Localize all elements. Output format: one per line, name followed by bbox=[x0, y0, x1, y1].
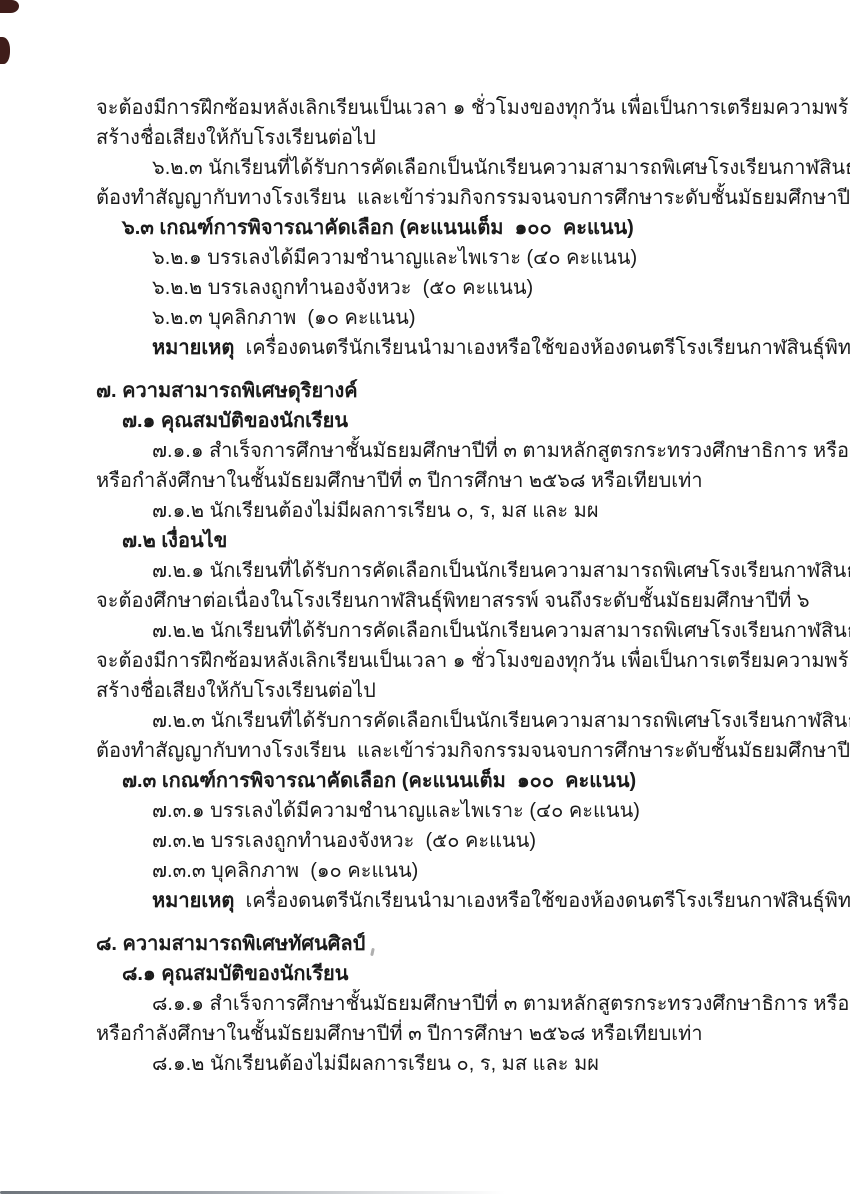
list-item: ๖.๒.๓ นักเรียนที่ได้รับการคัดเลือกเป็นนั… bbox=[96, 153, 810, 183]
list-item: ๖.๒.๒ บรรเลงถูกทำนองจังหวะ (๕๐ คะแนน) bbox=[96, 273, 810, 303]
scan-artifact-corner-streak bbox=[0, 37, 10, 64]
doc-line-continuation: ต้องทำสัญญากับทางโรงเรียน และเข้าร่วมกิจ… bbox=[96, 183, 810, 213]
document-text: จะต้องมีการฝึกซ้อมหลังเลิกเรียนเป็นเวลา … bbox=[96, 93, 810, 1079]
document-page: จะต้องมีการฝึกซ้อมหลังเลิกเรียนเป็นเวลา … bbox=[0, 0, 850, 1202]
note-label: หมายเหตุ bbox=[152, 337, 234, 359]
doc-line-continuation: จะต้องมีการฝึกซ้อมหลังเลิกเรียนเป็นเวลา … bbox=[96, 646, 810, 676]
note-line: หมายเหตุ เครื่องดนตรีนักเรียนนำมาเองหรือ… bbox=[96, 886, 810, 916]
subsection-heading-6-3: ๖.๓ เกณฑ์การพิจารณาคัดเลือก (คะแนนเต็ม ๑… bbox=[96, 213, 810, 243]
list-item: ๗.๒.๒ นักเรียนที่ได้รับการคัดเลือกเป็นนั… bbox=[96, 616, 810, 646]
list-item: ๗.๑.๒ นักเรียนต้องไม่มีผลการเรียน ๐, ร, … bbox=[96, 496, 810, 526]
note-label: หมายเหตุ bbox=[152, 890, 234, 912]
scan-artifact-bottom-line bbox=[0, 1191, 505, 1194]
subsection-heading-7-2: ๗.๒ เงื่อนไข bbox=[96, 526, 810, 556]
list-item: ๘.๑.๑ สำเร็จการศึกษาชั้นมัธยมศึกษาปีที่ … bbox=[96, 989, 810, 1019]
doc-line-continuation: ต้องทำสัญญากับทางโรงเรียน และเข้าร่วมกิจ… bbox=[96, 736, 810, 766]
doc-line-continuation: สร้างชื่อเสียงให้กับโรงเรียนต่อไป bbox=[96, 676, 810, 706]
subsection-heading-8-1: ๘.๑ คุณสมบัติของนักเรียน bbox=[96, 959, 810, 989]
doc-line-continuation: จะต้องศึกษาต่อเนื่องในโรงเรียนกาฬสินธุ์พ… bbox=[96, 586, 810, 616]
list-item: ๗.๓.๑ บรรเลงได้มีความชำนาญและไพเราะ (๔๐ … bbox=[96, 796, 810, 826]
list-item: ๘.๑.๒ นักเรียนต้องไม่มีผลการเรียน ๐, ร, … bbox=[96, 1049, 810, 1079]
doc-line-continuation: จะต้องมีการฝึกซ้อมหลังเลิกเรียนเป็นเวลา … bbox=[96, 93, 810, 123]
doc-line-continuation: หรือกำลังศึกษาในชั้นมัธยมศึกษาปีที่ ๓ ปี… bbox=[96, 466, 810, 496]
section-8-heading: ๘. ความสามารถพิเศษทัศนศิลป์ bbox=[96, 929, 810, 959]
list-item: ๗.๓.๒ บรรเลงถูกทำนองจังหวะ (๕๐ คะแนน) bbox=[96, 826, 810, 856]
list-item: ๗.๑.๑ สำเร็จการศึกษาชั้นมัธยมศึกษาปีที่ … bbox=[96, 436, 810, 466]
list-item: ๗.๒.๑ นักเรียนที่ได้รับการคัดเลือกเป็นนั… bbox=[96, 556, 810, 586]
note-line: หมายเหตุ เครื่องดนตรีนักเรียนนำมาเองหรือ… bbox=[96, 333, 810, 363]
list-item: ๖.๒.๓ บุคลิกภาพ (๑๐ คะแนน) bbox=[96, 303, 810, 333]
section-7-heading: ๗. ความสามารถพิเศษดุริยางค์ bbox=[96, 376, 810, 406]
list-item: ๗.๒.๓ นักเรียนที่ได้รับการคัดเลือกเป็นนั… bbox=[96, 706, 810, 736]
doc-line-continuation: สร้างชื่อเสียงให้กับโรงเรียนต่อไป bbox=[96, 123, 810, 153]
note-text: เครื่องดนตรีนักเรียนนำมาเองหรือใช้ของห้อ… bbox=[234, 890, 850, 912]
note-text: เครื่องดนตรีนักเรียนนำมาเองหรือใช้ของห้อ… bbox=[234, 337, 850, 359]
scan-artifact-corner-blob bbox=[0, 0, 19, 13]
subsection-heading-7-1: ๗.๑ คุณสมบัติของนักเรียน bbox=[96, 406, 810, 436]
list-item: ๗.๓.๓ บุคลิกภาพ (๑๐ คะแนน) bbox=[96, 856, 810, 886]
list-item: ๖.๒.๑ บรรเลงได้มีความชำนาญและไพเราะ (๔๐ … bbox=[96, 243, 810, 273]
subsection-heading-7-3: ๗.๓ เกณฑ์การพิจารณาคัดเลือก (คะแนนเต็ม ๑… bbox=[96, 766, 810, 796]
doc-line-continuation: หรือกำลังศึกษาในชั้นมัธยมศึกษาปีที่ ๓ ปี… bbox=[96, 1019, 810, 1049]
